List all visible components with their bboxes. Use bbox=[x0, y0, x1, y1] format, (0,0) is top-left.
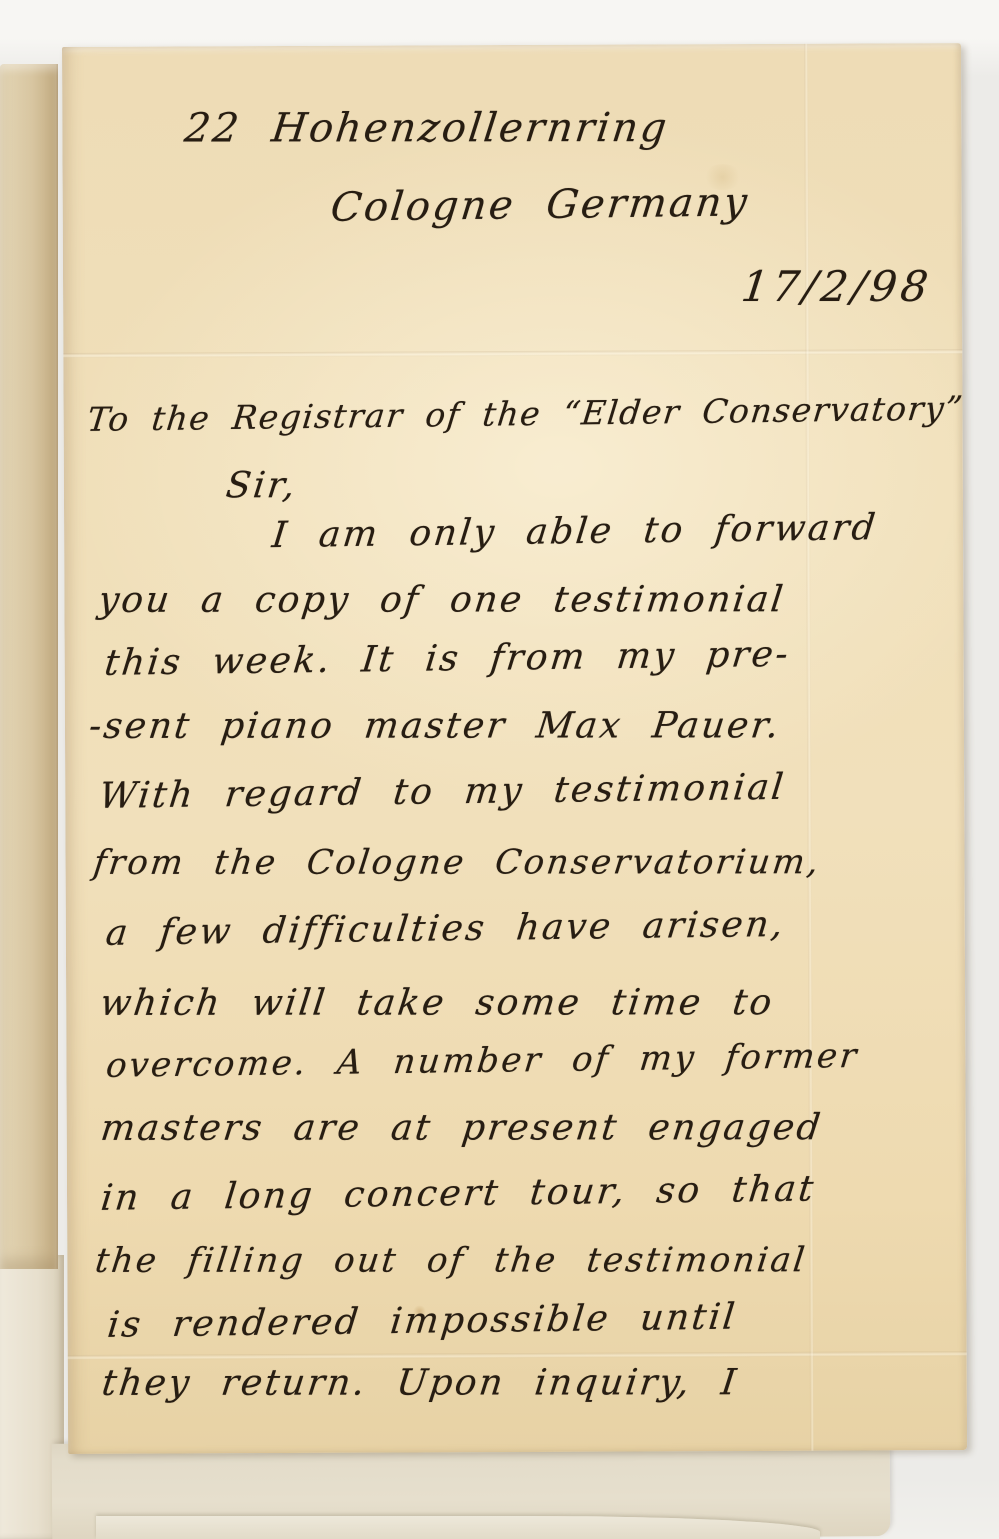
handwritten-line: which will take some time to bbox=[98, 985, 776, 1022]
horizontal-fold-crease-upper bbox=[63, 349, 962, 358]
address-line-2: Cologne Germany bbox=[329, 182, 752, 227]
handwritten-line: in a long concert tour, so that bbox=[99, 1171, 817, 1216]
handwritten-line: is rendered impossible until bbox=[106, 1300, 739, 1344]
handwritten-line: a few difficulties have arisen, bbox=[104, 907, 787, 952]
handwritten-line: you a copy of one testimonial bbox=[96, 582, 787, 619]
under-sheet-2 bbox=[96, 1516, 820, 1539]
handwritten-line: from the Cologne Conservatorium, bbox=[92, 845, 823, 880]
handwritten-line: masters are at present engaged bbox=[99, 1110, 825, 1147]
address-line-1: 22 Hohenzollernring bbox=[182, 108, 671, 148]
folded-page-edge bbox=[0, 64, 58, 1269]
handwritten-line: -sent piano master Max Pauer. bbox=[87, 708, 783, 745]
handwritten-line: I am only able to forward bbox=[270, 510, 879, 554]
handwritten-line: this week. It is from my pre- bbox=[103, 637, 792, 682]
handwritten-line: With regard to my testimonial bbox=[97, 770, 787, 815]
handwritten-line: they return. Upon inquiry, I bbox=[100, 1365, 740, 1402]
handwritten-line: the filling out of the testimonial bbox=[93, 1243, 808, 1278]
scanned-letter-background: 22 Hohenzollernring Cologne Germany 17/2… bbox=[0, 0, 999, 1539]
horizontal-fold-crease-lower bbox=[68, 1351, 967, 1360]
handwritten-line: overcome. A number of my former bbox=[105, 1039, 861, 1083]
salutation-line: Sir, bbox=[224, 468, 299, 504]
recipient-line: To the Registrar of the “Elder Conservat… bbox=[86, 391, 966, 435]
date-line: 17/2/98 bbox=[739, 266, 934, 308]
letter-page: 22 Hohenzollernring Cologne Germany 17/2… bbox=[62, 43, 967, 1454]
